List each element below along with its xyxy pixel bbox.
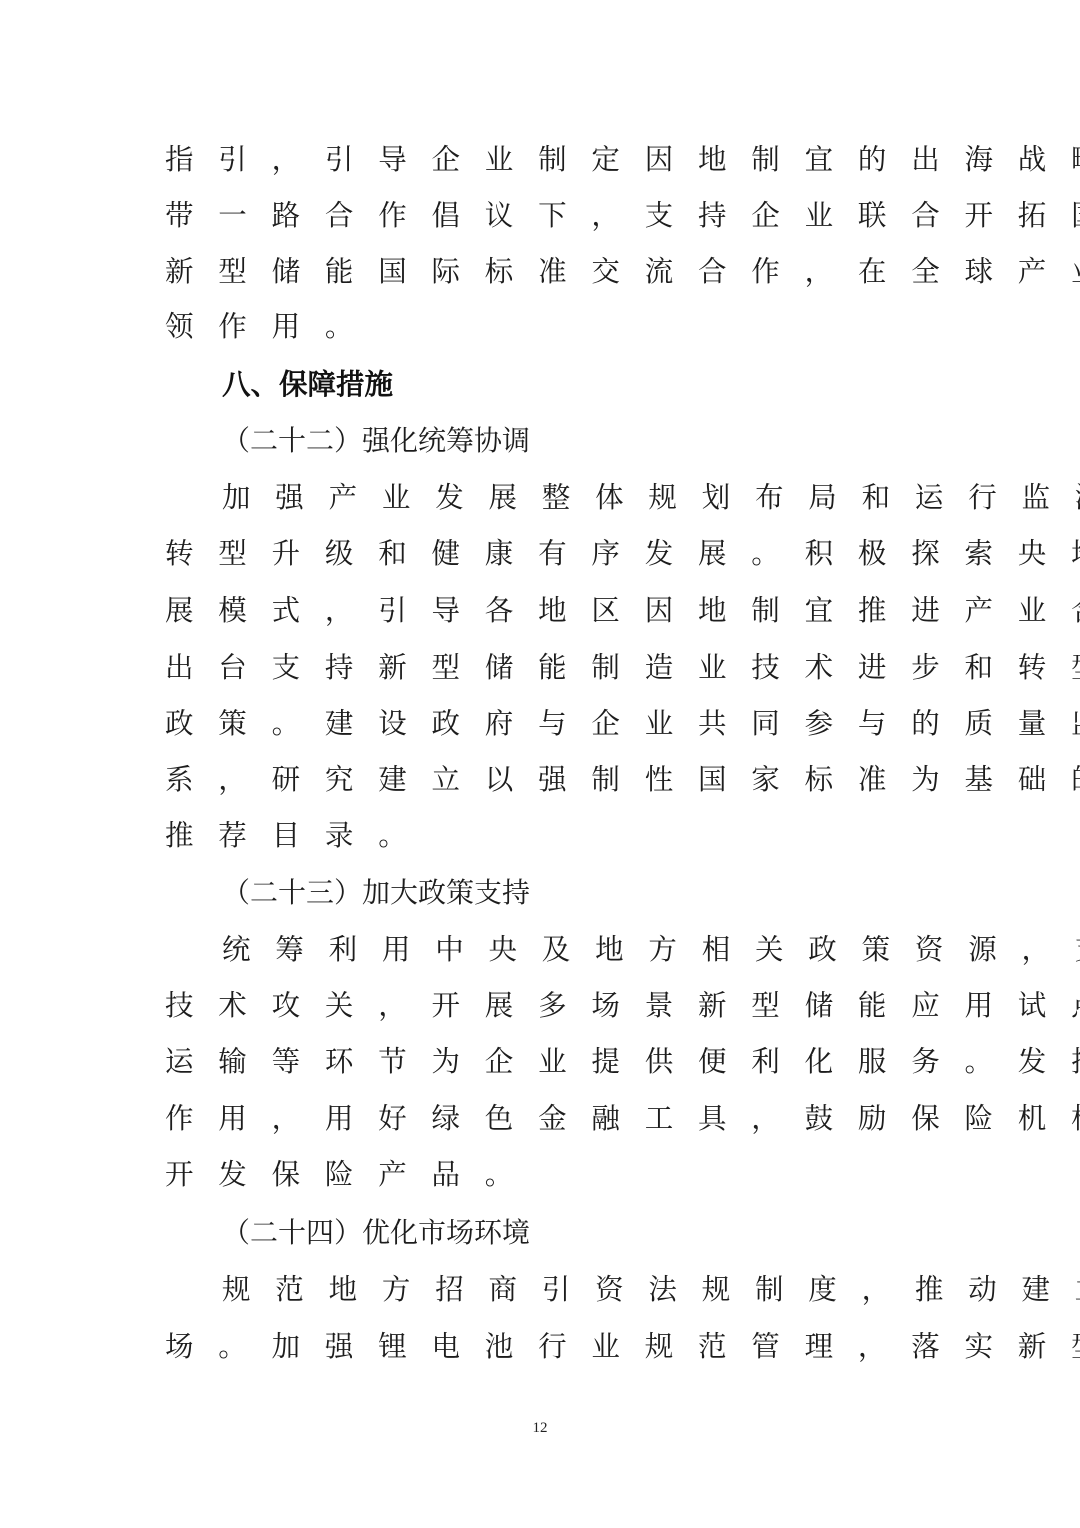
subsection-title: （二十三）加大政策支持 — [222, 873, 530, 913]
section-heading: 八、保障措施 — [222, 365, 393, 405]
subsection-title: （二十二）强化统筹协调 — [222, 421, 530, 461]
document-page: 指引，引导企业制定因地制宜的出海战略和布局方式。在一 带一路合作倡议下，支持企业… — [0, 0, 1080, 1528]
paragraph-line: 技术攻关，开展多场景新型储能应用试点示范。在储能产品 — [165, 986, 925, 1026]
paragraph-line: 展模式，引导各地区因地制宜推进产业合理布局，鼓励地方 — [165, 591, 925, 631]
paragraph-line: 开发保险产品。 — [165, 1155, 925, 1195]
paragraph-line: 指引，引导企业制定因地制宜的出海战略和布局方式。在一 — [165, 140, 925, 180]
paragraph-line: 政策。建设政府与企业共同参与的质量监督与行业管理体 — [165, 704, 925, 744]
paragraph-line: 运输等环节为企业提供便利化服务。发挥国家产融合作平台 — [165, 1042, 925, 1082]
page-number: 12 — [0, 1420, 1080, 1437]
paragraph-line: 出台支持新型储能制造业技术进步和转型升级发展的专项 — [165, 648, 925, 688]
paragraph-line: 推荐目录。 — [165, 816, 925, 856]
paragraph-line: 作用，用好绿色金融工具，鼓励保险机构围绕新型储能电站 — [165, 1099, 925, 1139]
paragraph-line: 规范地方招商引资法规制度，推动建立全国统一大市 — [222, 1270, 982, 1310]
paragraph-line: 加强产业发展整体规划布局和运行监测，推进产业创新 — [222, 478, 982, 518]
paragraph-line: 统筹利用中央及地方相关政策资源，支持新型储能关键 — [222, 930, 982, 970]
paragraph-line: 转型升级和健康有序发展。积极探索央地联动和区域协同发 — [165, 534, 925, 574]
paragraph-line: 新型储能国际标准交流合作，在全球产业生态建设中发挥引 — [165, 252, 925, 292]
paragraph-line: 领作用。 — [165, 307, 925, 347]
paragraph-line: 带一路合作倡议下，支持企业联合开拓国际市场。深入推进 — [165, 196, 925, 236]
subsection-title: （二十四）优化市场环境 — [222, 1213, 530, 1253]
paragraph-line: 场。加强锂电池行业规范管理，落实新型储能企业产品质量 — [165, 1327, 925, 1367]
paragraph-line: 系，研究建立以强制性国家标准为基础的储能电池产品安全 — [165, 760, 925, 800]
